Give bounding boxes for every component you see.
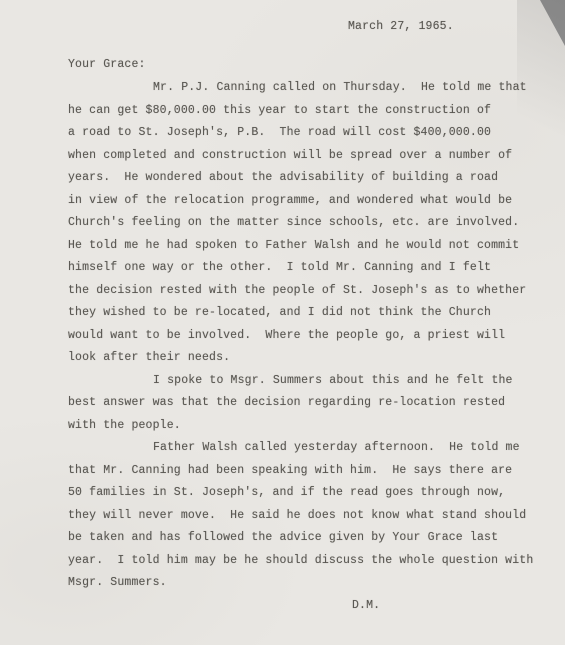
letter-line: Church's feeling on the matter since sch… (68, 216, 553, 239)
letter-line: a road to St. Joseph's, P.B. The road wi… (68, 126, 553, 149)
letter-line: he can get $80,000.00 this year to start… (68, 104, 553, 127)
letter-line: himself one way or the other. I told Mr.… (68, 261, 553, 284)
letter-date: March 27, 1965. (348, 20, 454, 33)
letter-line: be taken and has followed the advice giv… (68, 531, 553, 554)
letter-line: I spoke to Msgr. Summers about this and … (153, 374, 553, 397)
letter-line: 50 families in St. Joseph's, and if the … (68, 486, 553, 509)
scan-corner (540, 0, 565, 46)
letter-line: in view of the relocation programme, and… (68, 194, 553, 217)
letter-line: best answer was that the decision regard… (68, 396, 553, 419)
letter-line: with the people. (68, 419, 553, 442)
letter-line: when completed and construction will be … (68, 149, 553, 172)
letter-signature: D.M. (352, 599, 380, 612)
letter-line: look after their needs. (68, 351, 553, 374)
letter-line: Msgr. Summers. (68, 576, 553, 599)
letter-line: would want to be involved. Where the peo… (68, 329, 553, 352)
letter-line: the decision rested with the people of S… (68, 284, 553, 307)
letter-line: year. I told him may be he should discus… (68, 554, 553, 577)
letter-body: Mr. P.J. Canning called on Thursday. He … (68, 81, 553, 599)
letter-line: Father Walsh called yesterday afternoon.… (153, 441, 553, 464)
letter-line: they will never move. He said he does no… (68, 509, 553, 532)
letter-line: years. He wondered about the advisabilit… (68, 171, 553, 194)
letter-line: that Mr. Canning had been speaking with … (68, 464, 553, 487)
letter-line: Mr. P.J. Canning called on Thursday. He … (153, 81, 553, 104)
letter-line: He told me he had spoken to Father Walsh… (68, 239, 553, 262)
letter-page: March 27, 1965. Your Grace: Mr. P.J. Can… (0, 0, 565, 645)
letter-line: they wished to be re-located, and I did … (68, 306, 553, 329)
letter-salutation: Your Grace: (68, 58, 146, 71)
